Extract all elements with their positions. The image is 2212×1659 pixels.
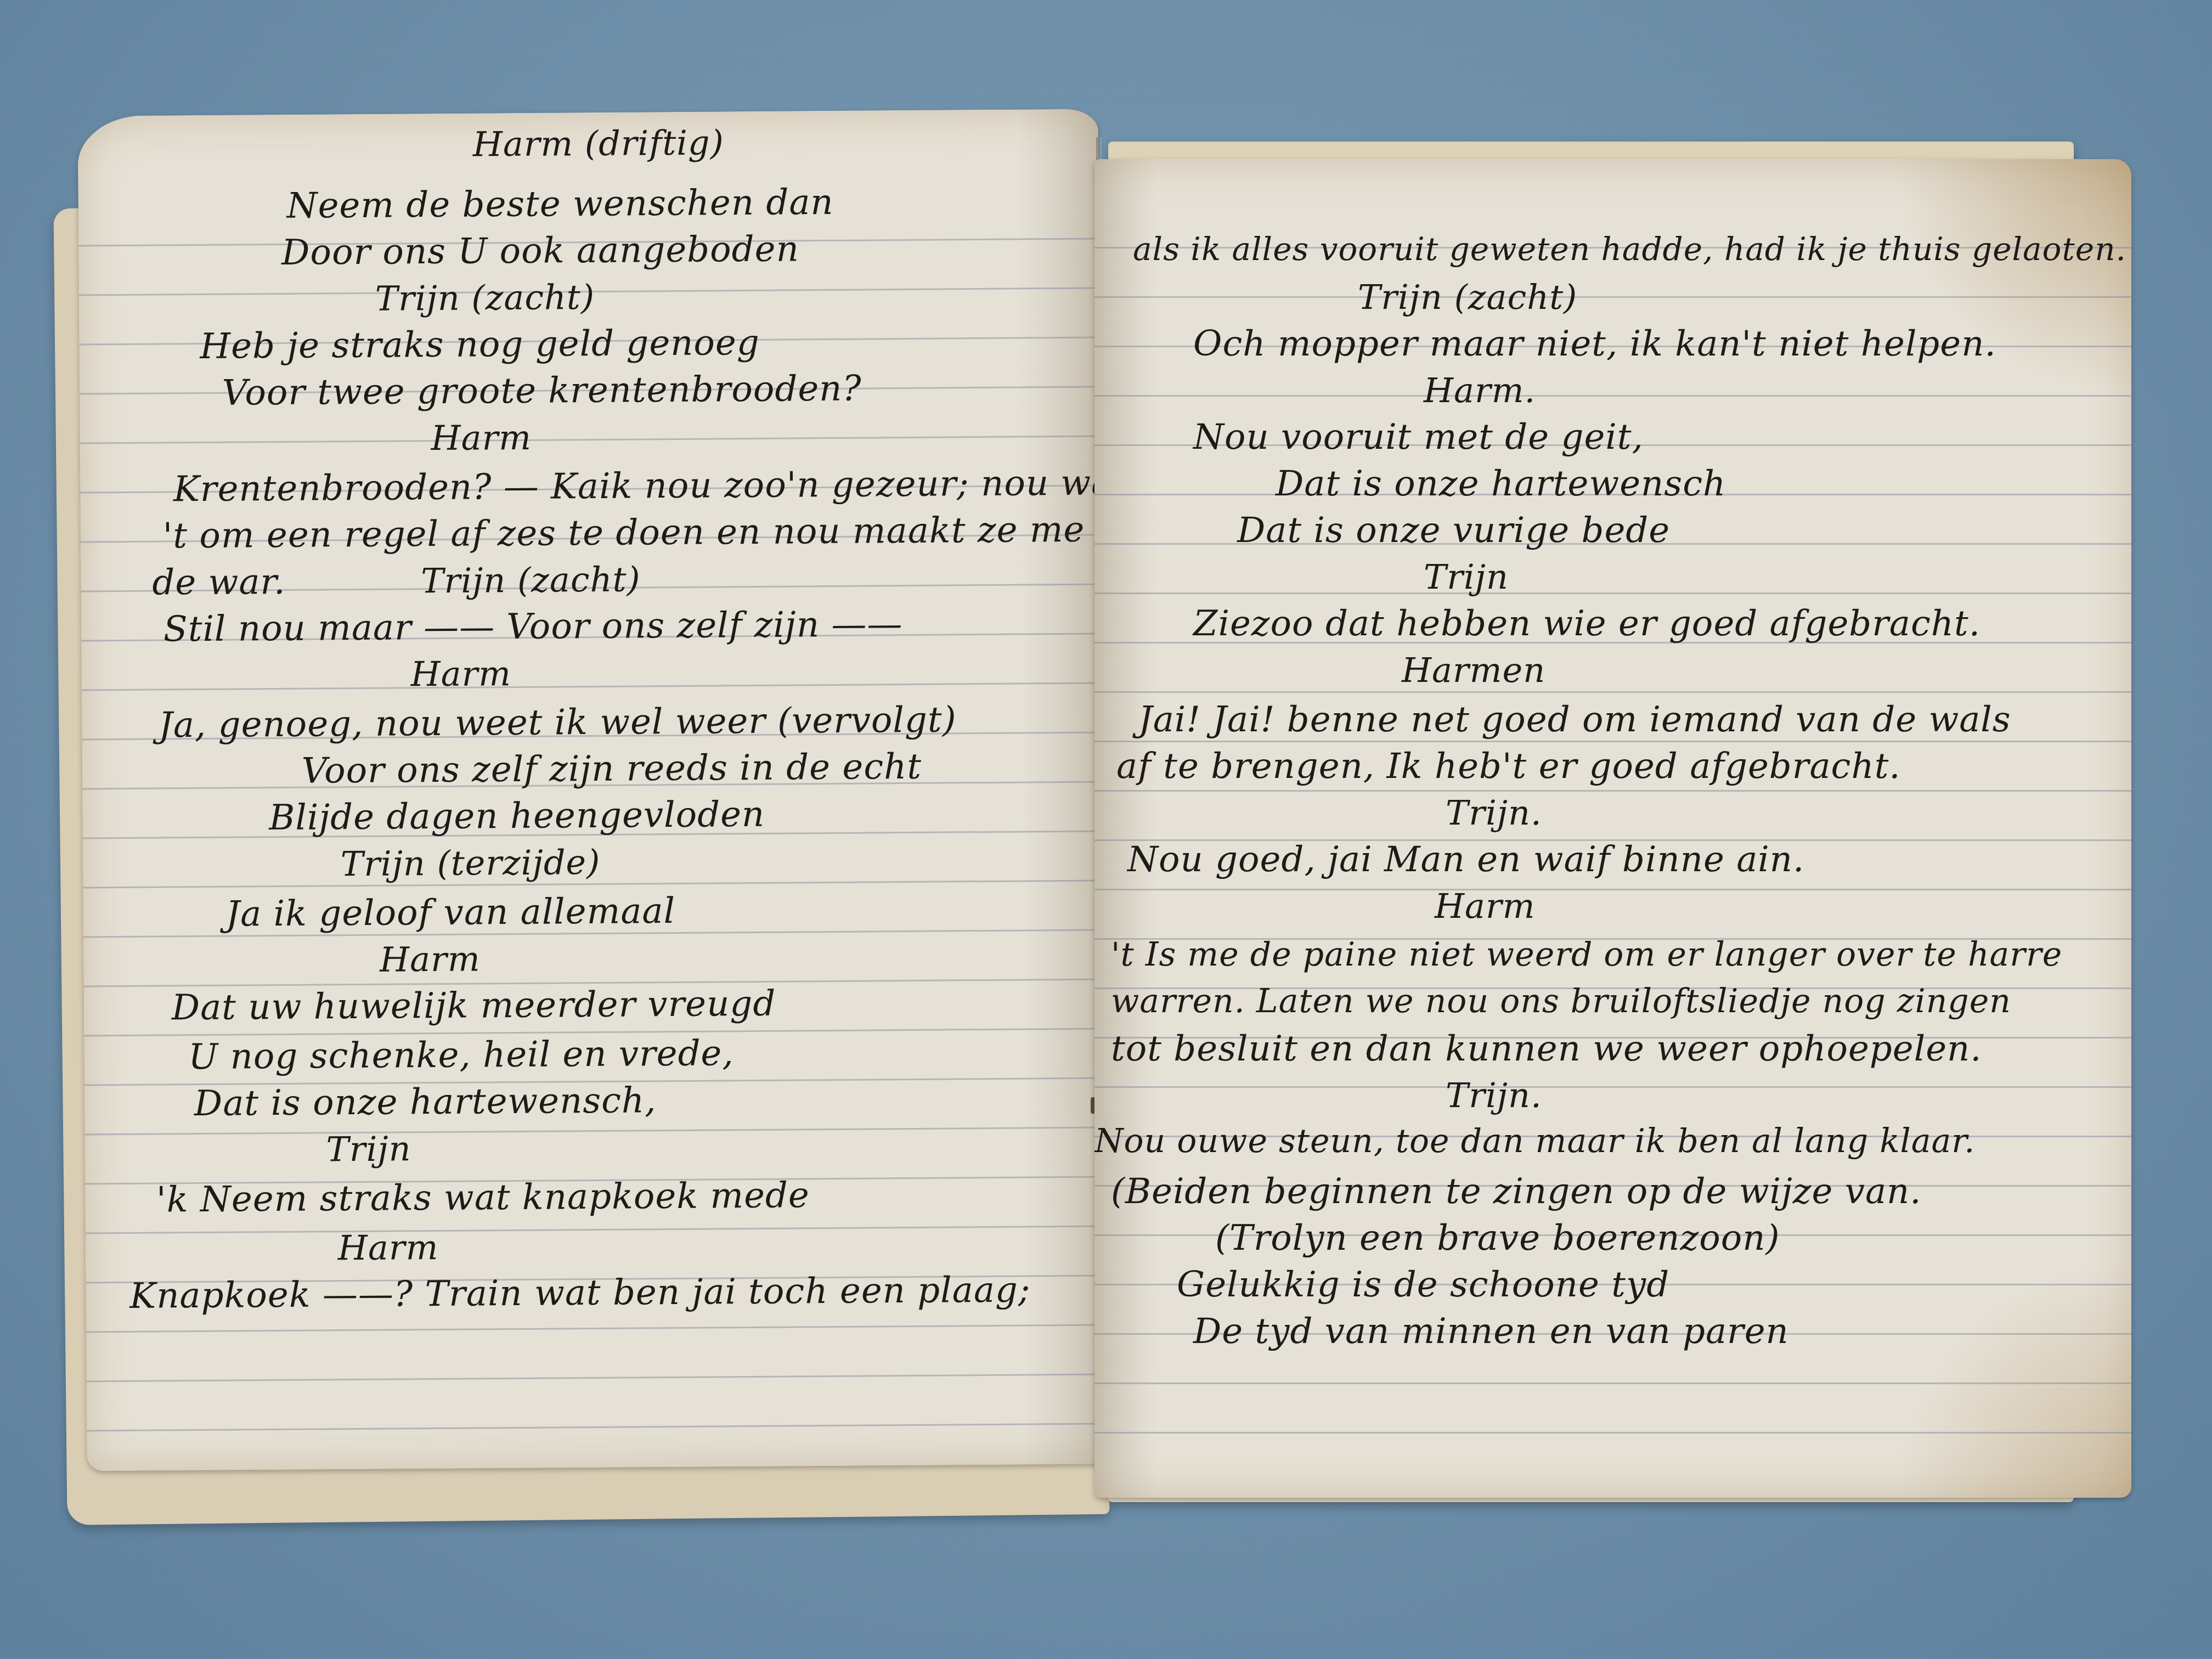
speaker-heading: Harm. [1424,370,1536,410]
ruled-line [87,1423,1107,1431]
prose-line: Jai! Jai! benne net goed om iemand van d… [1138,699,2011,740]
speaker-heading: Trijn. [1446,793,1542,833]
ruled-line [86,1373,1107,1382]
prose-line: 't Is me de paine niet weerd om er lange… [1111,935,2062,974]
speaker-heading: Trijn [326,1128,411,1169]
speaker-heading: Harm [380,939,481,979]
speaker-heading: Trijn (zacht) [375,277,595,319]
verse-line: Heb je straks nog geld genoeg [200,323,760,367]
prose-line: tot besluit en dan kunnen we weer ophoep… [1111,1029,1982,1069]
ruled-line [1094,296,2131,298]
verse-line: Gelukkig is de schoone tyd [1177,1265,1669,1305]
prose-line: als ik alles vooruit geweten hadde, had … [1133,230,2126,268]
verse-line: Dat is onze hartewensch, [194,1080,657,1124]
verse-line: Voor twee groote krentenbrooden? [222,369,862,414]
verse-line: Door ons U ook aangeboden [281,229,799,273]
verse-line: Neem de beste wenschen dan [286,182,834,227]
verse-line: Ziezoo dat hebben wie er goed afgebracht… [1193,603,1980,644]
verse-line: Dat is onze hartewensch [1276,464,1726,504]
speaker-heading: Harm (driftig) [473,122,725,164]
ruled-line [80,436,1101,444]
verse-line: Ja ik geloof van allemaal [225,891,675,935]
prose-line: 't om een regel af zes te doen en nou ma… [162,509,1107,556]
verse-line: U nog schenke, heil en vrede, [188,1033,734,1077]
prose-line: warren. Laten we nou ons bruiloftsliedje… [1111,982,2011,1020]
verse-line: Dat uw huwelijk meerder vreugd [171,984,776,1029]
speaker-heading: Harm [431,417,532,458]
speaker-heading: Trijn. [1446,1075,1542,1115]
ruled-line [1094,592,2131,594]
speaker-heading: Harm [410,653,511,694]
ruled-line [1094,889,2131,890]
ruled-line [1094,1383,2131,1384]
prose-line: Nou goed, jai Man en waif binne ain. [1127,839,1804,880]
prose-line: Nou ouwe steun, toe dan maar ik ben al l… [1094,1122,1975,1160]
ruled-line [1094,790,2131,792]
speaker-heading: Trijn (zacht) [421,559,641,601]
left-page: Harm (driftig) Neem de beste wenschen da… [77,109,1107,1471]
ruled-line [86,1225,1106,1234]
stage-direction: (Beiden beginnen te zingen op de wijze v… [1111,1171,1922,1212]
speaker-heading: Harm [1435,886,1535,926]
prose-line: Knapkoek ——? Train wat ben jai toch een … [129,1269,1031,1316]
verse-line: Voor ons zelf zijn reeds in de echt [301,747,922,792]
verse-line: De tyd van minnen en van paren [1193,1311,1789,1352]
ruled-line [1094,741,2131,742]
speaker-heading: Harmen [1402,650,1545,690]
ruled-line [1094,1432,2131,1434]
prose-line: af te brengen, Ik heb't er goed afgebrac… [1116,746,1901,787]
verse-line: 'k Neem straks wat knapkoek mede [156,1175,810,1220]
verse-line: Nou vooruit met de geit, [1193,417,1644,458]
speaker-heading: Trijn [1424,557,1509,597]
ruled-line [84,1126,1105,1135]
stage-direction: (Trolyn een brave boerenzoon) [1215,1218,1780,1259]
ruled-line [1094,1086,2131,1088]
ruled-line [1094,395,2131,397]
prose-line: Krentenbrooden? — Kaik nou zoo'n gezeur;… [173,462,1108,510]
prose-line: de war. [152,562,286,603]
verse-line: Dat is onze vurige bede [1237,510,1670,551]
prose-line: Och mopper maar niet, ik kan't niet help… [1193,324,1996,364]
ruled-line [1094,691,2131,693]
ruled-line [82,682,1102,691]
speaker-heading: Harm [338,1227,439,1268]
prose-line: Ja, genoeg, nou weet ik wel weer (vervol… [159,699,957,746]
ruled-line [86,1324,1107,1333]
prose-line: Stil nou maar —— Voor ons zelf zijn —— [163,604,903,650]
speaker-heading: Trijn (zacht) [1358,277,1577,317]
speaker-heading: Trijn (terzijde) [341,842,601,884]
right-page: als ik alles vooruit geweten hadde, had … [1094,159,2131,1498]
verse-line: Blijde dagen heengevloden [269,794,765,838]
